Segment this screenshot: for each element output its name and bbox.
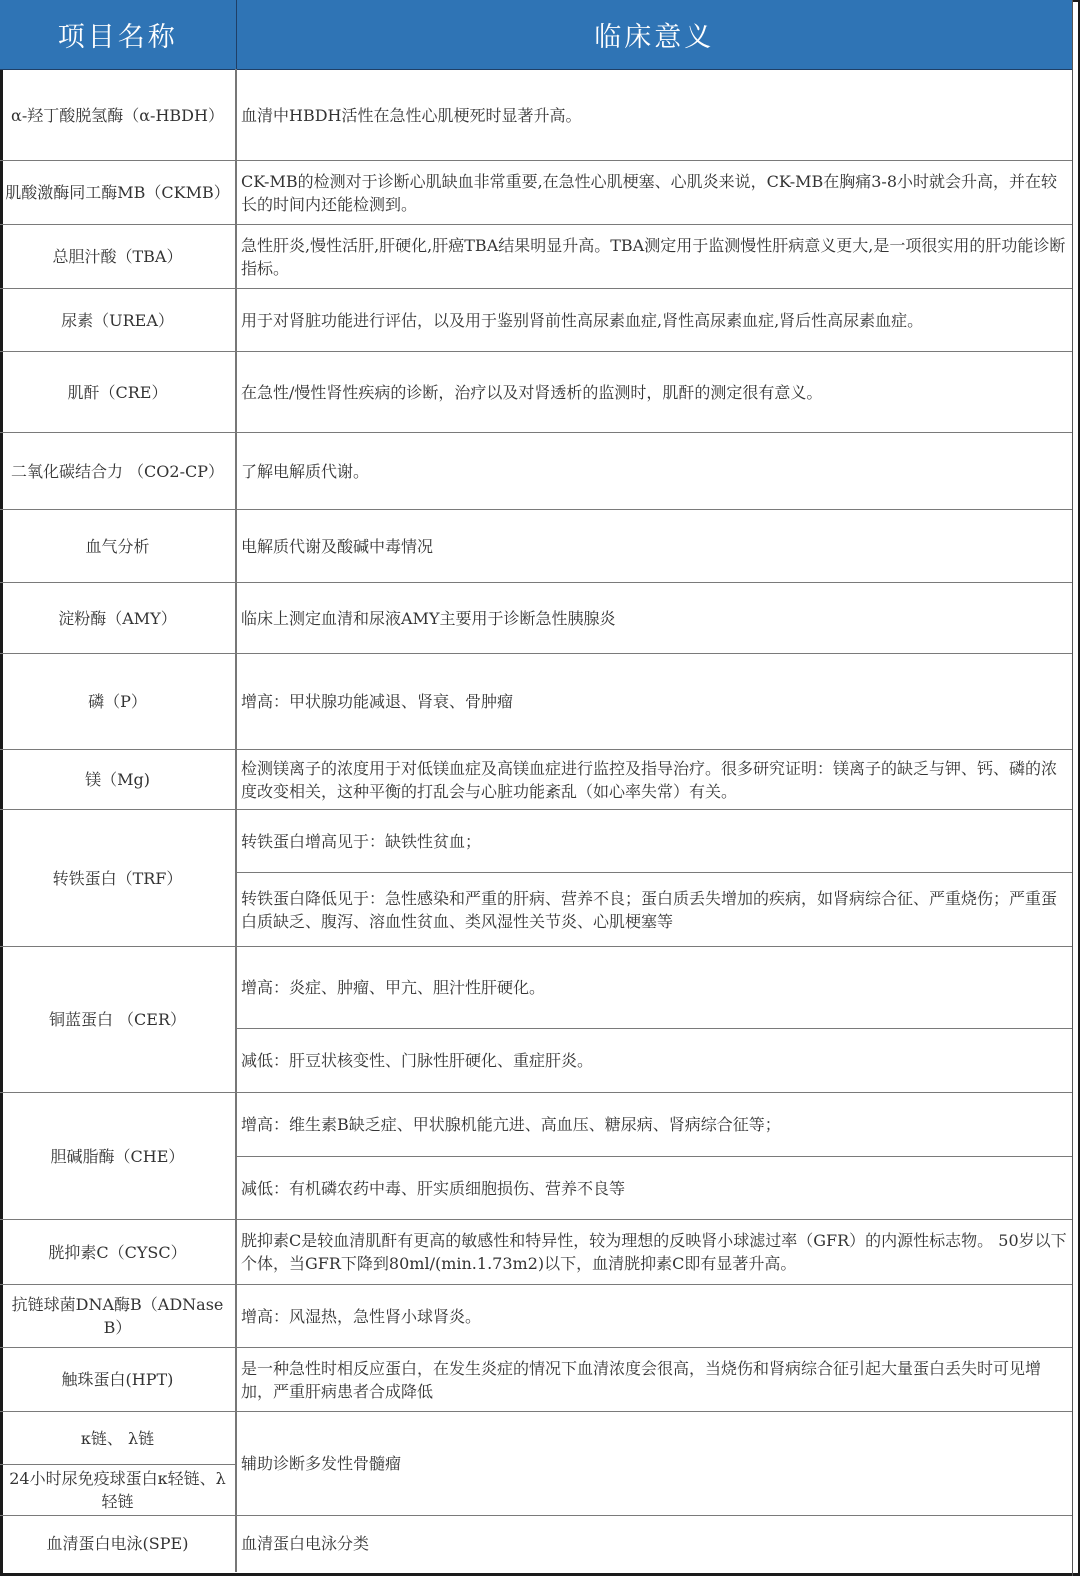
table-row: 磷（P） 增高：甲状腺功能减退、肾衰、骨肿瘤 xyxy=(0,654,1072,750)
item-meaning: 急性肝炎,慢性活肝,肝硬化,肝癌TBA结果明显升高。TBA测定用于监测慢性肝病意… xyxy=(236,225,1072,289)
table-row: 总胆汁酸（TBA） 急性肝炎,慢性活肝,肝硬化,肝癌TBA结果明显升高。TBA测… xyxy=(0,225,1072,289)
item-name: 血气分析 xyxy=(0,510,236,583)
header-row: 项目名称 临床意义 xyxy=(0,0,1072,70)
item-name: 肌酸激酶同工酶MB（CKMB） xyxy=(0,161,236,225)
item-meaning: 在急性/慢性肾性疾病的诊断，治疗以及对肾透析的监测时，肌酐的测定很有意义。 xyxy=(236,352,1072,433)
item-meaning: 血清中HBDH活性在急性心肌梗死时显著升高。 xyxy=(236,70,1072,161)
item-meaning: 电解质代谢及酸碱中毒情况 xyxy=(236,510,1072,583)
frame-inner-line xyxy=(1072,0,1073,1576)
item-name: 磷（P） xyxy=(0,654,236,750)
item-name: 肌酐（CRE） xyxy=(0,352,236,433)
table-row: 肌酸激酶同工酶MB（CKMB） CK-MB的检测对于诊断心肌缺血非常重要,在急性… xyxy=(0,161,1072,225)
table-row: 转铁蛋白（TRF） 转铁蛋白增高见于：缺铁性贫血； xyxy=(0,810,1072,873)
table-row: 血气分析 电解质代谢及酸碱中毒情况 xyxy=(0,510,1072,583)
item-meaning-decrease: 减低：肝豆状核变性、门脉性肝硬化、重症肝炎。 xyxy=(236,1029,1072,1093)
table-row: 抗链球菌DNA酶B（ADNase B） 增高：风湿热，急性肾小球肾炎。 xyxy=(0,1285,1072,1348)
item-name: 触珠蛋白(HPT) xyxy=(0,1348,236,1412)
item-name: 淀粉酶（AMY） xyxy=(0,583,236,654)
table-row: 铜蓝蛋白 （CER） 增高：炎症、肿瘤、甲亢、胆汁性肝硬化。 xyxy=(0,947,1072,1029)
table-row: 胆碱脂酶（CHE） 增高：维生素B缺乏症、甲状腺机能亢进、高血压、糖尿病、肾病综… xyxy=(0,1093,1072,1157)
table-row: α-羟丁酸脱氢酶（α-HBDH） 血清中HBDH活性在急性心肌梗死时显著升高。 xyxy=(0,70,1072,161)
item-meaning-increase: 转铁蛋白增高见于：缺铁性贫血； xyxy=(236,810,1072,873)
item-name: 血清蛋白电泳(SPE) xyxy=(0,1516,236,1572)
item-meaning: 胱抑素C是较血清肌酐有更高的敏感性和特异性，较为理想的反映肾小球滤过率（GFR）… xyxy=(236,1220,1072,1285)
table-row: 血清蛋白电泳(SPE) 血清蛋白电泳分类 xyxy=(0,1516,1072,1572)
item-meaning: 辅助诊断多发性骨髓瘤 xyxy=(236,1412,1072,1516)
item-name: 24小时尿免疫球蛋白κ轻链、λ轻链 xyxy=(0,1465,236,1516)
table-row: 二氧化碳结合力 （CO2-CP） 了解电解质代谢。 xyxy=(0,433,1072,510)
item-meaning: 血清蛋白电泳分类 xyxy=(236,1516,1072,1572)
item-name: 铜蓝蛋白 （CER） xyxy=(0,947,236,1093)
table-row: 镁（Mg) 检测镁离子的浓度用于对低镁血症及高镁血症进行监控及指导治疗。很多研究… xyxy=(0,750,1072,810)
item-meaning: CK-MB的检测对于诊断心肌缺血非常重要,在急性心肌梗塞、心肌炎来说，CK-MB… xyxy=(236,161,1072,225)
item-name: κ链、 λ链 xyxy=(0,1412,236,1465)
item-meaning-increase: 增高：炎症、肿瘤、甲亢、胆汁性肝硬化。 xyxy=(236,947,1072,1029)
item-name: 抗链球菌DNA酶B（ADNase B） xyxy=(0,1285,236,1348)
item-meaning-increase: 增高：维生素B缺乏症、甲状腺机能亢进、高血压、糖尿病、肾病综合征等； xyxy=(236,1093,1072,1157)
table-row: 肌酐（CRE） 在急性/慢性肾性疾病的诊断，治疗以及对肾透析的监测时，肌酐的测定… xyxy=(0,352,1072,433)
item-meaning: 增高：风湿热，急性肾小球肾炎。 xyxy=(236,1285,1072,1348)
table-row: κ链、 λ链 辅助诊断多发性骨髓瘤 xyxy=(0,1412,1072,1465)
header-item-name: 项目名称 xyxy=(0,0,236,70)
item-meaning: 增高：甲状腺功能减退、肾衰、骨肿瘤 xyxy=(236,654,1072,750)
item-meaning-decrease: 减低：有机磷农药中毒、肝实质细胞损伤、营养不良等 xyxy=(236,1157,1072,1220)
header-clinical-meaning: 临床意义 xyxy=(236,0,1072,70)
table-row: 触珠蛋白(HPT) 是一种急性时相反应蛋白，在发生炎症的情况下血清浓度会很高，当… xyxy=(0,1348,1072,1412)
item-name: 二氧化碳结合力 （CO2-CP） xyxy=(0,433,236,510)
table-row: 尿素（UREA） 用于对肾脏功能进行评估，以及用于鉴别肾前性高尿素血症,肾性高尿… xyxy=(0,289,1072,352)
item-name: 总胆汁酸（TBA） xyxy=(0,225,236,289)
table-row: 淀粉酶（AMY） 临床上测定血清和尿液AMY主要用于诊断急性胰腺炎 xyxy=(0,583,1072,654)
item-meaning-decrease: 转铁蛋白降低见于：急性感染和严重的肝病、营养不良；蛋白质丢失增加的疾病，如肾病综… xyxy=(236,873,1072,947)
item-meaning: 用于对肾脏功能进行评估，以及用于鉴别肾前性高尿素血症,肾性高尿素血症,肾后性高尿… xyxy=(236,289,1072,352)
item-meaning: 检测镁离子的浓度用于对低镁血症及高镁血症进行监控及指导治疗。很多研究证明：镁离子… xyxy=(236,750,1072,810)
item-name: α-羟丁酸脱氢酶（α-HBDH） xyxy=(0,70,236,161)
table-row: 胱抑素C（CYSC） 胱抑素C是较血清肌酐有更高的敏感性和特异性，较为理想的反映… xyxy=(0,1220,1072,1285)
item-meaning: 临床上测定血清和尿液AMY主要用于诊断急性胰腺炎 xyxy=(236,583,1072,654)
item-name: 胱抑素C（CYSC） xyxy=(0,1220,236,1285)
item-name: 转铁蛋白（TRF） xyxy=(0,810,236,947)
item-meaning: 了解电解质代谢。 xyxy=(236,433,1072,510)
clinical-significance-table: 项目名称 临床意义 α-羟丁酸脱氢酶（α-HBDH） 血清中HBDH活性在急性心… xyxy=(0,0,1072,1572)
item-meaning: 是一种急性时相反应蛋白，在发生炎症的情况下血清浓度会很高，当烧伤和肾病综合征引起… xyxy=(236,1348,1072,1412)
item-name: 胆碱脂酶（CHE） xyxy=(0,1093,236,1220)
item-name: 镁（Mg) xyxy=(0,750,236,810)
item-name: 尿素（UREA） xyxy=(0,289,236,352)
